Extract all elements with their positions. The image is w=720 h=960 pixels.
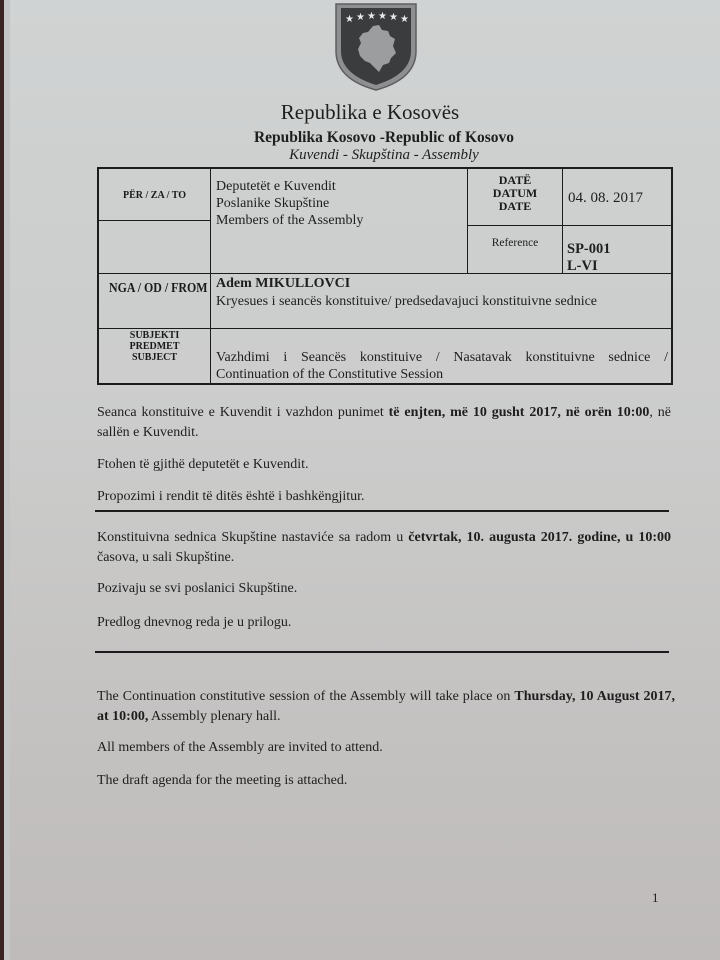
english-paragraph-1: The Continuation constitutive session of… [97,687,675,727]
date-label: DATË DATUM DATE [468,174,562,213]
to-recipients: Deputetët e Kuvendit Poslanike Skupštine… [216,178,461,229]
document-subtitle: Republika Kosovo -Republic of Kosovo [24,129,720,147]
from-sender: Adem MIKULLOVCI Kryesues i seancës konst… [216,275,671,310]
to-label: PËR / ZA / TO [99,190,210,201]
subject-label-english: SUBJECT [99,352,210,363]
serbian-paragraph-3: Predlog dnevnog reda je u prilogu. [97,613,671,633]
date-value: 04. 08. 2017 [568,190,643,207]
reference-label: Reference [468,237,562,249]
subject-label: SUBJEKTI PREDMET SUBJECT [99,330,210,363]
albanian-paragraph-3: Propozimi i rendit të ditës është i bash… [97,487,671,507]
section-divider [95,651,669,653]
date-label-english: DATE [468,200,562,213]
svg-text:★: ★ [345,14,354,25]
english-paragraph-2: All members of the Assembly are invited … [97,738,671,758]
svg-text:★: ★ [356,12,365,23]
reference-value: SP-001 L-VI [567,241,611,275]
svg-text:★: ★ [367,11,376,22]
albanian-paragraph-2: Ftohen të gjithë deputetët e Kuvendit. [97,455,671,475]
institution-line: Kuvendi - Skupština - Assembly [24,147,720,164]
subject-line-2: Continuation of the Constitutive Session [216,366,668,383]
sender-title: Kryesues i seancës konstituive/ predseda… [216,293,671,310]
recipient-english: Members of the Assembly [216,212,461,229]
recipient-serbian: Poslanike Skupštine [216,195,461,212]
page-number: 1 [652,890,659,906]
reference-code: SP-001 [567,241,611,258]
subject-value: Vazhdimi i Seancës konstituive / Nasatav… [216,349,668,383]
subject-label-albanian: SUBJEKTI [99,330,210,341]
from-label: NGA / OD / FROM [109,281,208,297]
svg-text:★: ★ [400,14,409,25]
subject-line-1: Vazhdimi i Seancës konstituive / Nasatav… [216,349,668,366]
recipient-albanian: Deputetët e Kuvendit [216,178,461,195]
svg-text:★: ★ [378,11,387,22]
svg-text:★: ★ [389,12,398,23]
albanian-paragraph-1: Seanca konstituive e Kuvendit i vazhdon … [97,403,671,443]
memo-header-table: PËR / ZA / TO Deputetët e Kuvendit Posla… [97,167,673,385]
sender-name: Adem MIKULLOVCI [216,275,671,293]
serbian-paragraph-1: Konstituivna sednica Skupštine nastaviće… [97,528,671,568]
english-paragraph-3: The draft agenda for the meeting is atta… [97,771,671,791]
section-divider [95,510,669,512]
kosovo-coat-of-arms-icon: ★ ★ ★ ★ ★ ★ [333,1,419,92]
subject-label-serbian: PREDMET [99,341,210,352]
paper-margin [4,0,10,960]
reference-legislature: L-VI [567,258,611,275]
document-title: Republika e Kosovës [10,100,720,125]
serbian-paragraph-2: Pozivaju se svi poslanici Skupštine. [97,579,671,599]
